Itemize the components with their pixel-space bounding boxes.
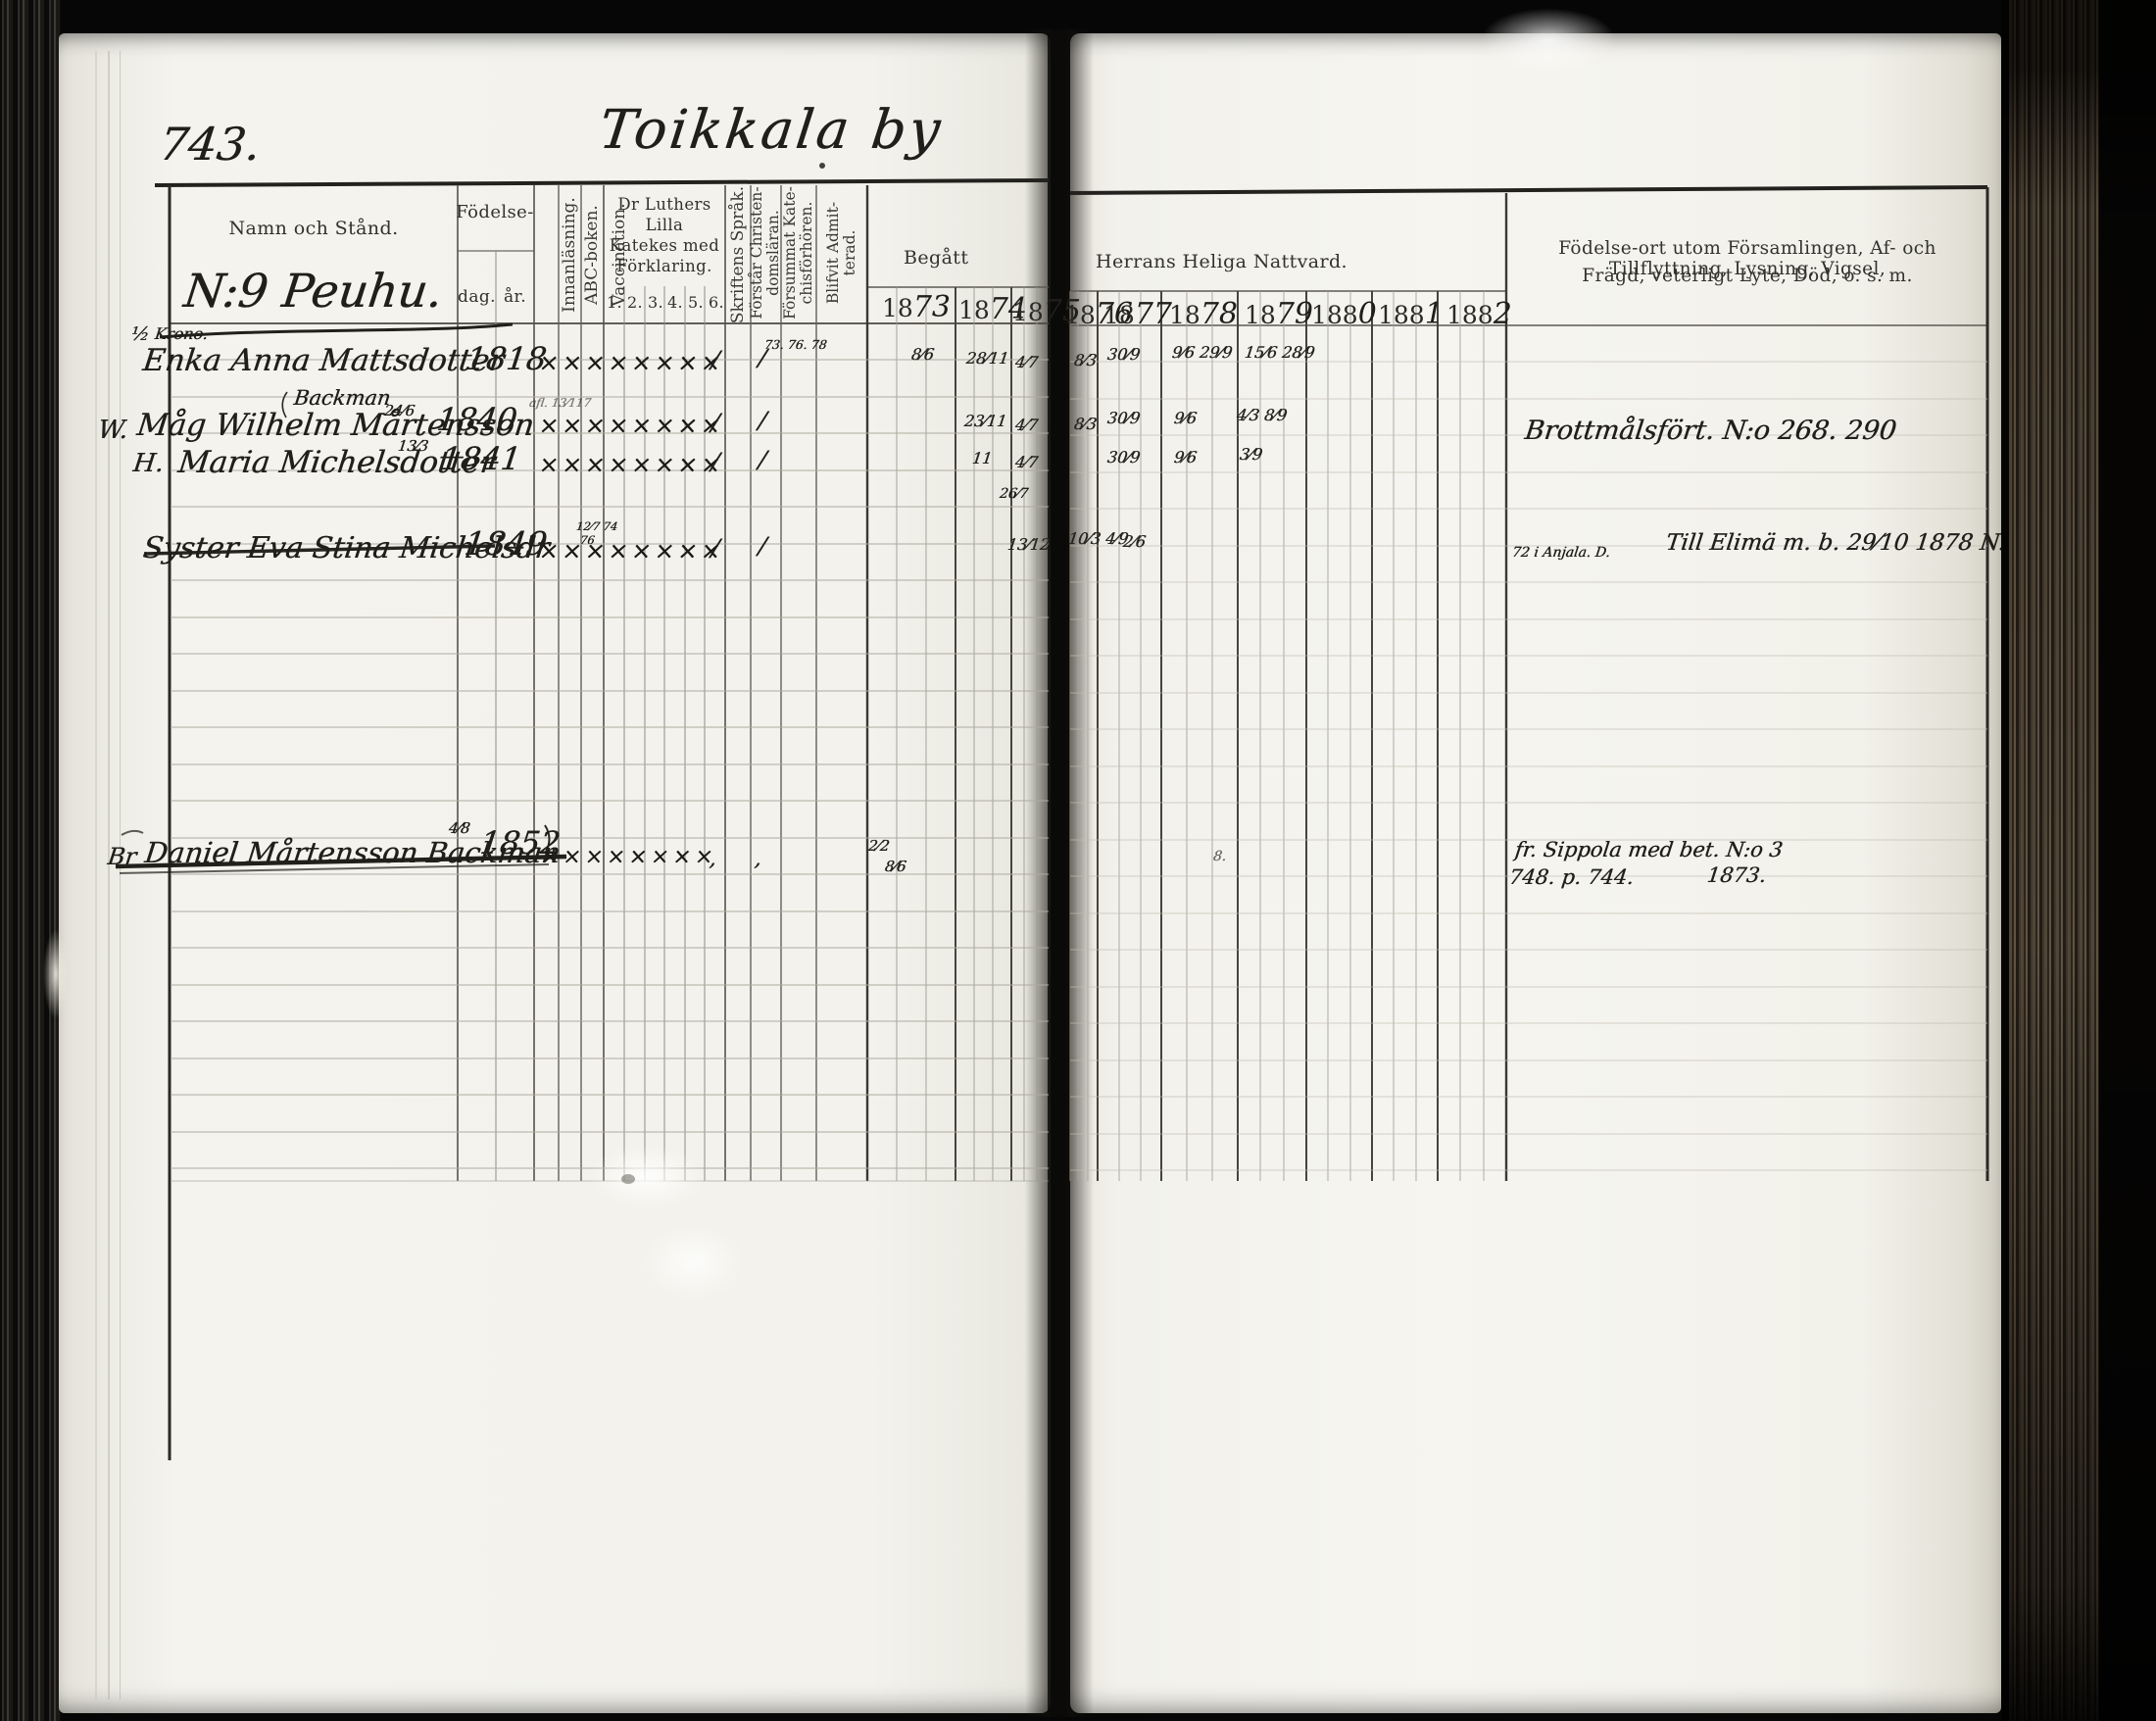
column-header-katekes: Dr Luthers Lilla Katekes med Förklaring.	[600, 194, 729, 276]
communion-date: 2⁄2	[867, 837, 891, 855]
entry-marks: ××××××××	[539, 845, 718, 869]
blifvit-line1: Blifvit Admit-	[825, 179, 842, 326]
remark-note-small: 72 i Anjala. D.	[1511, 545, 1611, 561]
communion-date: 30⁄9	[1106, 345, 1142, 364]
column-header-namn: Namn och Stånd.	[171, 218, 456, 239]
entry-birth-day: 13⁄3	[397, 437, 429, 455]
year-script: 1	[1425, 297, 1444, 331]
column-header-ar: år.	[496, 287, 534, 307]
communion-date-extra: 26⁄7	[999, 486, 1029, 502]
communion-date: 4⁄3 8⁄9	[1236, 406, 1288, 424]
forsummat-note: 73. 76. 78	[763, 337, 827, 352]
year-1877: 1877	[1103, 297, 1172, 331]
entry-surname-above: Backman	[293, 386, 392, 410]
year-printed: 18	[882, 294, 913, 322]
entry-marks: ××××××××	[537, 412, 725, 439]
communion-date: 23⁄11	[963, 412, 1008, 430]
communion-date: 3⁄9	[1239, 445, 1263, 464]
edge-shading	[2001, 0, 2156, 1721]
entry-birth-day: 24⁄6	[383, 402, 416, 419]
communion-date: 8⁄6	[910, 345, 935, 364]
entry-birth-year: 1840	[435, 401, 519, 438]
year-printed: 18	[1169, 301, 1200, 329]
katekes-col-6: 6.	[708, 293, 725, 312]
year-1879: 1879	[1245, 297, 1313, 331]
remark-note: Brottmålsfört. N:o 268. 290	[1523, 416, 1898, 446]
communion-date: 4⁄7	[1014, 353, 1039, 371]
year-1878: 1878	[1169, 297, 1238, 331]
year-1873: 1873	[882, 290, 951, 324]
communion-date: 11	[971, 449, 994, 467]
communion-date: 2⁄6	[1122, 532, 1147, 551]
year-printed: 188	[1446, 301, 1494, 329]
communion-date: 15⁄6 28⁄9	[1244, 343, 1316, 362]
side-note: 12⁄7 74	[575, 519, 618, 533]
year-script: 79	[1276, 297, 1313, 331]
faint-note: afl. 13⁄117	[528, 396, 592, 410]
year-printed: 188	[1378, 301, 1425, 329]
year-printed: 18	[958, 296, 990, 324]
column-header-forsummat: Försummat Kate- chisförhören.	[782, 179, 815, 326]
communion-date: 8.	[1212, 849, 1227, 864]
year-script: 77	[1135, 297, 1172, 331]
household-title: N:9 Peuhu.	[181, 265, 446, 319]
katekes-line3: Förklaring.	[600, 256, 729, 276]
column-header-innanlasning: Innanläsning.	[560, 181, 579, 328]
communion-date: 4⁄7	[1014, 416, 1039, 434]
year-script: 73	[913, 290, 951, 324]
communion-date: 30⁄9	[1106, 448, 1142, 467]
remark-note: 1873.	[1706, 863, 1768, 887]
communion-date: 30⁄9	[1106, 409, 1142, 427]
katekes-line2: Katekes med	[600, 235, 729, 256]
year-printed: 18	[1245, 301, 1276, 329]
katekes-col-5: 5.	[687, 293, 705, 312]
remark-note: fr. Sippola med bet. N:o 3	[1514, 838, 1785, 861]
communion-date: 10⁄3 4⁄9	[1067, 529, 1130, 548]
column-header-forstar: Förstår Christen- domsläran.	[749, 179, 782, 326]
katekes-col-1: 1.	[606, 293, 623, 312]
entry-marks: ××××××××	[537, 451, 725, 478]
year-1881: 1881	[1378, 297, 1444, 331]
entry-name: Enka Anna Mattsdotter	[141, 343, 506, 378]
column-header-dag: dag.	[458, 287, 496, 307]
entry-birth-year: 1841	[439, 440, 523, 477]
year-printed: 18	[1103, 301, 1135, 329]
margin-tenure-note: Krono.	[154, 324, 209, 343]
year-script: 78	[1200, 297, 1238, 331]
remarks-header-line2: Frägd, veterligt Lyte, Död, o. s. m.	[1517, 266, 1978, 286]
forstar-line1: Förstår Christen-	[749, 179, 765, 326]
forstar-line2: domsläran.	[765, 179, 782, 326]
communion-date: 4⁄7	[1014, 453, 1039, 471]
communion-date: 13⁄12	[1006, 535, 1052, 554]
katekes-col-2: 2.	[626, 293, 644, 312]
blifvit-line2: terad.	[842, 179, 858, 326]
communion-date: 9⁄6	[1173, 409, 1198, 427]
book-right-edge	[2001, 0, 2156, 1721]
side-note: 76	[579, 533, 595, 547]
entry-birth-year: 1818	[465, 340, 549, 377]
entry-margin-letter: H.	[131, 449, 166, 478]
communion-date: 8⁄3	[1073, 415, 1098, 433]
entry-margin-letter: W.	[96, 416, 129, 445]
column-header-fodelse: Födelse-	[456, 202, 534, 222]
year-printed: 188	[1311, 301, 1358, 329]
katekes-col-3: 3.	[647, 293, 664, 312]
remark-note: 748. p. 744.	[1508, 865, 1636, 889]
communion-date: 28⁄11	[965, 349, 1010, 368]
year-printed: 18	[1064, 301, 1096, 329]
entry-marks: ××××××××	[537, 349, 725, 376]
book-scan: 743. Toikkala by Namn och Stånd. Födelse…	[0, 0, 2156, 1721]
entry-birth-year: 1849	[463, 524, 550, 563]
year-printed: 18	[1012, 298, 1044, 326]
entry-birth-day: 4⁄8	[448, 819, 471, 837]
year-script: 2	[1494, 297, 1512, 331]
entry-margin-letter: Br	[106, 843, 138, 870]
year-1882: 1882	[1446, 297, 1512, 331]
column-header-abc: ABC-boken.	[582, 181, 602, 328]
entry-marks: ××××××××	[537, 537, 725, 565]
communion-date: 8⁄6	[884, 858, 907, 875]
forsummat-line1: Försummat Kate-	[782, 179, 799, 326]
katekes-col-4: 4.	[666, 293, 684, 312]
year-script: 0	[1358, 297, 1377, 331]
column-header-blifvit: Blifvit Admit- terad.	[825, 179, 858, 326]
village-title: Toikkala by	[596, 98, 947, 161]
column-header-begatt: Begått	[904, 247, 968, 269]
communion-date: 8⁄3	[1073, 351, 1098, 369]
column-header-skriftens: Skriftens Språk.	[728, 181, 748, 328]
katekes-line1: Dr Luthers Lilla	[600, 194, 729, 235]
communion-date: 9⁄6	[1173, 448, 1198, 467]
column-header-nattvard: Herrans Heliga Nattvard.	[1096, 251, 1347, 272]
margin-fraction: ½	[130, 323, 151, 345]
forsummat-line2: chisförhören.	[799, 179, 815, 326]
communion-date: 9⁄6 29⁄9	[1171, 343, 1234, 362]
year-1880: 1880	[1311, 297, 1377, 331]
page-number: 743.	[157, 118, 264, 171]
